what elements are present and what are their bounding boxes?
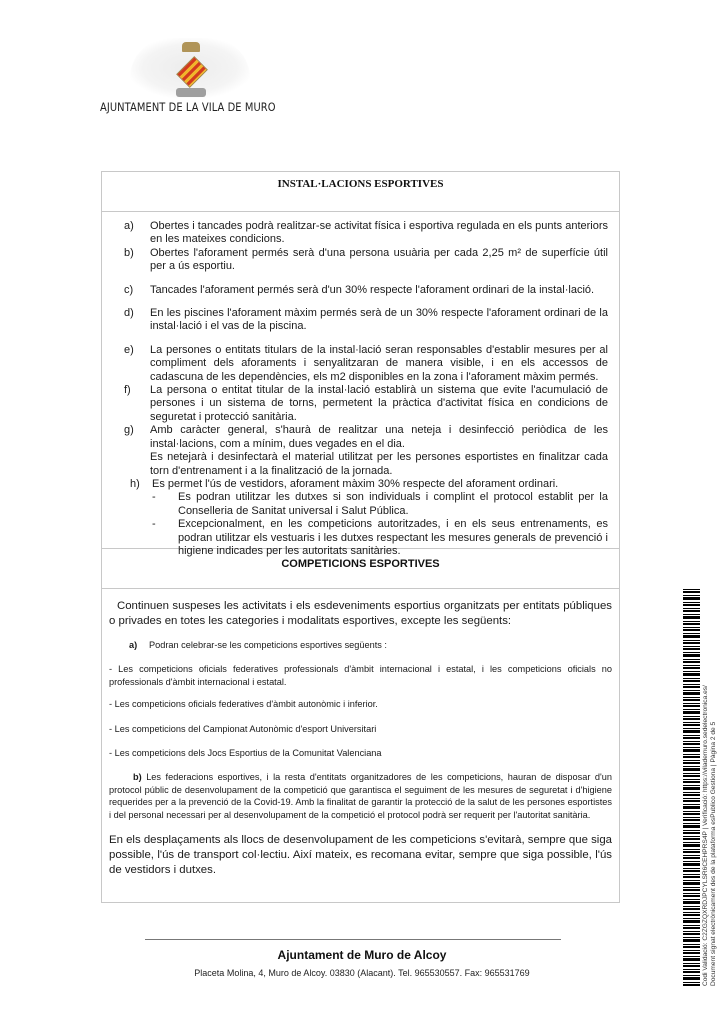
competition-item: - Les competicions dels Jocs Esportius d… bbox=[109, 747, 612, 759]
validation-strip: Codi Validació: C2ZGZQXRDJPCYLSR6CEHPRS4… bbox=[682, 588, 722, 988]
list-item: g)Amb caràcter general, s'haurà de reali… bbox=[102, 424, 619, 478]
list-item: d)En les piscines l'aforament màxim perm… bbox=[102, 307, 619, 334]
shield-base-icon bbox=[176, 88, 206, 97]
competitions-section: Continuen suspeses les activitats i els … bbox=[102, 589, 619, 878]
list-item: a)Obertes i tancades podrà realitzar-se … bbox=[102, 220, 619, 247]
installations-section: a)Obertes i tancades podrà realitzar-se … bbox=[102, 212, 619, 549]
section-header-installations: INSTAL·LACIONS ESPORTIVES bbox=[102, 172, 619, 212]
list-item: e)La persones o entitats titulars de la … bbox=[102, 344, 619, 384]
footer-title: Ajuntament de Muro de Alcoy bbox=[0, 948, 724, 962]
content-table: INSTAL·LACIONS ESPORTIVES a)Obertes i ta… bbox=[101, 171, 620, 903]
section-title: INSTAL·LACIONS ESPORTIVES bbox=[278, 178, 444, 211]
list-item: c)Tancades l'aforament permés serà d'un … bbox=[102, 284, 619, 297]
list-item: b)Obertes l'aforament permés serà d'una … bbox=[102, 247, 619, 274]
competition-item: - Les competicions del Campionat Autonòm… bbox=[109, 723, 612, 735]
barcode-icon bbox=[683, 588, 700, 986]
competition-item: - Les competicions oficials federatives … bbox=[109, 698, 612, 710]
crown-icon bbox=[182, 42, 200, 52]
list-item: f)La persona o entitat titular de la ins… bbox=[102, 384, 619, 424]
sub-item: -Es podran utilitzar les dutxes si son i… bbox=[102, 491, 619, 518]
list-item: h)Es permet l'ús de vestidors, aforament… bbox=[102, 478, 619, 491]
validation-text: Codi Validació: C2ZGZQXRDJPCYLSR6CEHPRS4… bbox=[702, 586, 719, 986]
sub-item: -Excepcionalment, en les competicions au… bbox=[102, 518, 619, 558]
footer-address: Placeta Molina, 4, Muro de Alcoy. 03830 … bbox=[0, 968, 724, 978]
footer-divider bbox=[145, 939, 561, 940]
logo-text: AJUNTAMENT DE LA VILA DE MURO bbox=[100, 100, 276, 114]
point-a: a)Podran celebrar-se les competicions es… bbox=[109, 639, 612, 651]
municipal-logo: AJUNTAMENT DE LA VILA DE MURO bbox=[100, 38, 360, 118]
intro-paragraph: Continuen suspeses les activitats i els … bbox=[109, 599, 612, 629]
section-title: COMPETICIONS ESPORTIVES bbox=[281, 555, 439, 588]
point-b: b) Les federacions esportives, i la rest… bbox=[109, 771, 612, 821]
closing-paragraph: En els desplaçaments als llocs de desenv… bbox=[109, 833, 612, 878]
competition-item: - Les competicions oficials federatives … bbox=[109, 663, 612, 688]
